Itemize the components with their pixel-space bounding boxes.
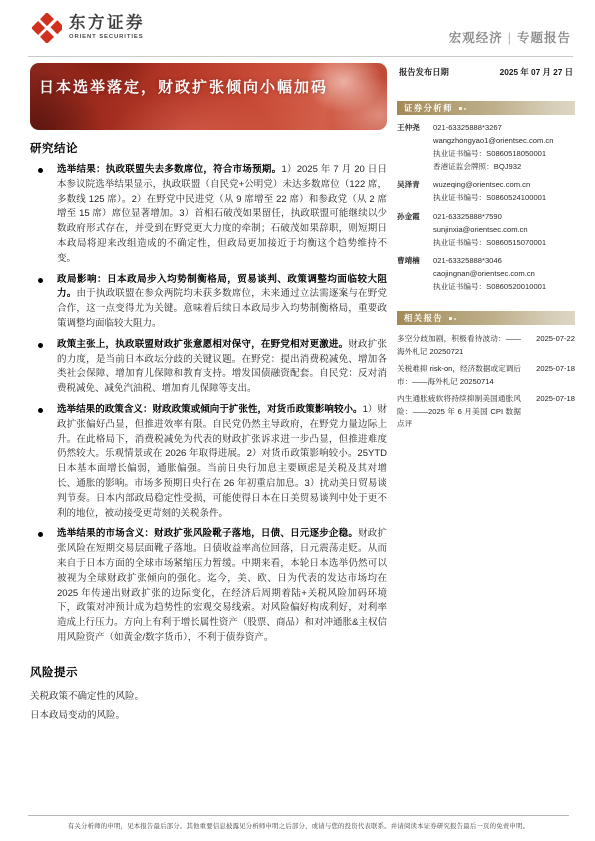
related-report-date: 2025-07-18: [521, 363, 575, 388]
risk-list: 关税政策不确定性的风险。日本政局变动的风险。: [30, 687, 387, 726]
analyst-item: 王仲尧021-63325888*3267wangzhongyao1@orient…: [397, 121, 575, 173]
analyst-detail-line: 021-63325888*3046: [433, 254, 575, 267]
orient-securities-diamond-icon: [32, 13, 62, 43]
analyst-name: 孙金霞: [397, 210, 433, 249]
brand-name-en: ORIENT SECURITIES: [69, 34, 145, 40]
category-divider: |: [503, 31, 517, 45]
brand-text: 东方证券 ORIENT SECURITIES: [69, 13, 145, 40]
gold-bar-dots-icon: [449, 317, 456, 320]
bullet-lead-text: 选举结果的政策含义：财政政策或倾向于扩张性，对货币政策影响较小。: [57, 404, 363, 415]
analyst-detail-line: 021-63325888*3267: [433, 121, 575, 134]
related-reports-section-title: 相关报告: [404, 312, 443, 324]
report-list: 多空分歧加剧，积极看待波动：——海外札记 202507212025-07-22关…: [397, 333, 575, 431]
related-report-date: 2025-07-22: [521, 333, 575, 358]
related-report-title: 内生通胀疲软将持续抑制美国通胀风险：——2025 年 6 月美国 CPI 数据点…: [397, 393, 521, 431]
analyst-detail-line: sunjinxia@orientsec.com.cn: [433, 223, 575, 236]
analyst-details: 021-63325888*3267wangzhongyao1@orientsec…: [433, 121, 575, 173]
analyst-list: 王仲尧021-63325888*3267wangzhongyao1@orient…: [397, 121, 575, 294]
conclusion-bullet: 政局影响：日本政局步入均势制衡格局，贸易谈判、政策调整均面临较大阻力。由于执政联…: [30, 273, 387, 332]
analyst-detail-line: 执业证书编号：S0860524100001: [433, 191, 575, 204]
bullet-body-text: 财政扩张风险在短期交易层面靴子落地。日债收益率高位回落，日元震荡走贬。从而来自于…: [57, 528, 387, 643]
bullet-dot-icon: [38, 343, 43, 348]
analyst-detail-line: 香港证监会牌照：BQJ932: [433, 160, 575, 173]
brand-logo: 东方证券 ORIENT SECURITIES: [32, 13, 145, 43]
analyst-item: 吴泽青wuzeqing@orientsec.com.cn执业证书编号：S0860…: [397, 178, 575, 204]
bullet-lead-text: 选举结果：执政联盟失去多数席位，符合市场预期。: [57, 164, 281, 175]
analyst-name: 王仲尧: [397, 121, 433, 173]
report-title: 日本选举落定，财政扩张倾向小幅加码: [30, 63, 387, 97]
report-category: 宏观经济|专题报告: [449, 28, 571, 46]
bullet-body-text: 1）财政扩张偏好凸显，但推进效率有限。自民党仍然主导政府，在野党力量边际上升。在…: [57, 404, 387, 519]
analyst-detail-line: caojingnan@orientsec.com.cn: [433, 267, 575, 280]
analyst-detail-line: wuzeqing@orientsec.com.cn: [433, 178, 575, 191]
bullet-body-text: 由于执政联盟在参众两院均未获多数席位，未来通过立法需逐案与在野党合作，这一点变得…: [57, 288, 387, 329]
conclusion-bullet: 选举结果的市场含义：财政扩张风险靴子落地，日债、日元逐步企稳。财政扩张风险在短期…: [30, 527, 387, 645]
analyst-name: 曹靖楠: [397, 254, 433, 293]
related-report-title: 多空分歧加剧，积极看待波动：——海外札记 20250721: [397, 333, 521, 358]
risk-item: 关税政策不确定性的风险。: [30, 687, 387, 707]
brand-name-cn: 东方证券: [69, 13, 145, 33]
conclusion-bullet-list: 选举结果：执政联盟失去多数席位，符合市场预期。1）2025 年 7 月 20 日…: [30, 163, 387, 646]
report-type-label: 专题报告: [517, 31, 571, 45]
bullet-dot-icon: [38, 278, 43, 283]
conclusion-bullet: 选举结果：执政联盟失去多数席位，符合市场预期。1）2025 年 7 月 20 日…: [30, 163, 387, 267]
analysts-section-header: 证券分析师: [397, 101, 575, 115]
analyst-detail-line: 执业证书编号：S0860520010001: [433, 280, 575, 293]
publish-date-value: 2025 年 07 月 27 日: [500, 66, 573, 78]
conclusion-bullet: 选举结果的政策含义：财政政策或倾向于扩张性，对货币政策影响较小。1）财政扩张偏好…: [30, 403, 387, 521]
analyst-detail-line: 执业证书编号：S0860515070001: [433, 236, 575, 249]
publish-date-label: 报告发布日期: [399, 66, 449, 78]
bullet-lead-text: 选举结果的市场含义：财政扩张风险靴子落地，日债、日元逐步企稳。: [57, 528, 358, 539]
bullet-body-text: 1）2025 年 7 月 20 日日本参议院选举结果显示，执政联盟（自民党+公明…: [57, 164, 387, 264]
gold-bar-dots-icon: [459, 107, 466, 110]
analyst-item: 曹靖楠021-63325888*3046caojingnan@orientsec…: [397, 254, 575, 293]
title-banner: 日本选举落定，财政扩张倾向小幅加码: [30, 63, 387, 130]
analyst-item: 孙金霞021-63325888*7590sunjinxia@orientsec.…: [397, 210, 575, 249]
analyst-details: 021-63325888*7590sunjinxia@orientsec.com…: [433, 210, 575, 249]
bullet-lead-text: 政策主张上，执政联盟财政扩张意愿相对保守，在野党相对更激进。: [57, 339, 348, 350]
main-column: 日本选举落定，财政扩张倾向小幅加码 研究结论 选举结果：执政联盟失去多数席位，符…: [30, 63, 387, 726]
related-report-item: 多空分歧加剧，积极看待波动：——海外札记 202507212025-07-22: [397, 333, 575, 358]
bullet-dot-icon: [38, 408, 43, 413]
risk-item: 日本政局变动的风险。: [30, 706, 387, 726]
conclusion-bullet: 政策主张上，执政联盟财政扩张意愿相对保守，在野党相对更激进。财政扩张的力度，是当…: [30, 338, 387, 397]
page-footer-disclaimer: 有关分析师的申明，见本报告最后部分。其他重要信息披露见分析师申明之后部分，或请与…: [28, 815, 569, 830]
conclusion-section-title: 研究结论: [30, 140, 387, 156]
publish-date-row: 报告发布日期 2025 年 07 月 27 日: [399, 66, 573, 78]
analyst-name: 吴泽青: [397, 178, 433, 204]
page-header: 东方证券 ORIENT SECURITIES 宏观经济|专题报告: [0, 0, 595, 56]
related-reports-section-header: 相关报告: [397, 311, 575, 325]
analyst-details: 021-63325888*3046caojingnan@orientsec.co…: [433, 254, 575, 293]
related-report-item: 关税难抑 risk-on，经济数据或定调后市：——海外札记 2025071420…: [397, 363, 575, 388]
related-report-date: 2025-07-18: [521, 393, 575, 431]
risk-section-title: 风险提示: [30, 664, 387, 680]
analyst-detail-line: wangzhongyao1@orientsec.com.cn: [433, 134, 575, 147]
analyst-detail-line: 021-63325888*7590: [433, 210, 575, 223]
related-report-title: 关税难抑 risk-on，经济数据或定调后市：——海外札记 20250714: [397, 363, 521, 388]
related-report-item: 内生通胀疲软将持续抑制美国通胀风险：——2025 年 6 月美国 CPI 数据点…: [397, 393, 575, 431]
analysts-section-title: 证券分析师: [404, 102, 453, 114]
analyst-details: wuzeqing@orientsec.com.cn执业证书编号：S0860524…: [433, 178, 575, 204]
side-column: 报告发布日期 2025 年 07 月 27 日 证券分析师 王仲尧021-633…: [397, 63, 575, 726]
bullet-dot-icon: [38, 532, 43, 537]
category-label: 宏观经济: [449, 31, 503, 45]
analyst-detail-line: 执业证书编号：S0860518050001: [433, 147, 575, 160]
bullet-dot-icon: [38, 168, 43, 173]
